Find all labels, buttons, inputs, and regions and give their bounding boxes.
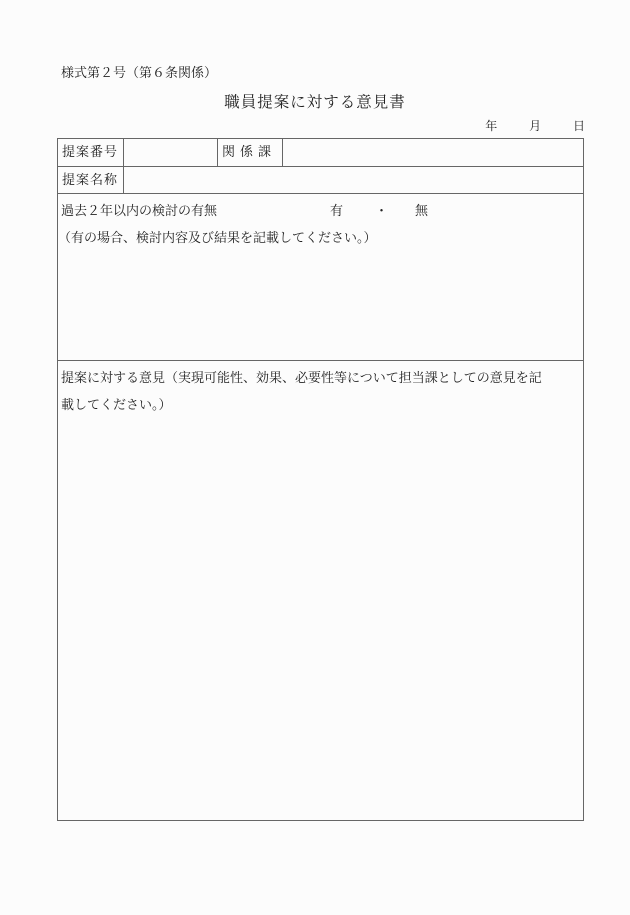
proposal-number-field[interactable]: [124, 139, 218, 166]
document-title: 職員提案に対する意見書: [0, 90, 630, 112]
date-line: 年 月 日: [485, 117, 585, 134]
date-year[interactable]: 年: [485, 119, 497, 133]
past-review-question: 過去２年以内の検討の有無: [61, 200, 217, 219]
proposal-name-field[interactable]: [124, 167, 583, 193]
row-number-section: 提案番号 関係課: [58, 139, 583, 167]
proposal-name-label: 提案名称: [58, 167, 124, 193]
option-no[interactable]: 無: [415, 200, 428, 219]
related-section-label: 関係課: [218, 139, 283, 166]
opinion-instruction-line2: 載してください。）: [61, 394, 172, 413]
date-day[interactable]: 日: [573, 119, 585, 133]
opinion-section[interactable]: 提案に対する意見（実現可能性、効果、必要性等について担当課としての意見を記 載し…: [58, 361, 583, 820]
past-review-instruction: （有の場合、検討内容及び結果を記載してください。）: [58, 227, 377, 246]
option-yes[interactable]: 有: [330, 200, 343, 219]
past-review-section[interactable]: 過去２年以内の検討の有無 有 ・ 無 （有の場合、検討内容及び結果を記載してくだ…: [58, 194, 583, 361]
proposal-number-label: 提案番号: [58, 139, 124, 166]
option-separator: ・: [375, 200, 388, 219]
related-section-field[interactable]: [283, 139, 583, 166]
date-month[interactable]: 月: [529, 119, 541, 133]
opinion-instruction-line1: 提案に対する意見（実現可能性、効果、必要性等について担当課としての意見を記: [61, 367, 542, 386]
row-proposal-name: 提案名称: [58, 167, 583, 194]
form-number: 様式第２号（第６条関係）: [61, 62, 217, 81]
opinion-form-table: 提案番号 関係課 提案名称 過去２年以内の検討の有無 有 ・ 無 （有の場合、検…: [57, 138, 584, 821]
